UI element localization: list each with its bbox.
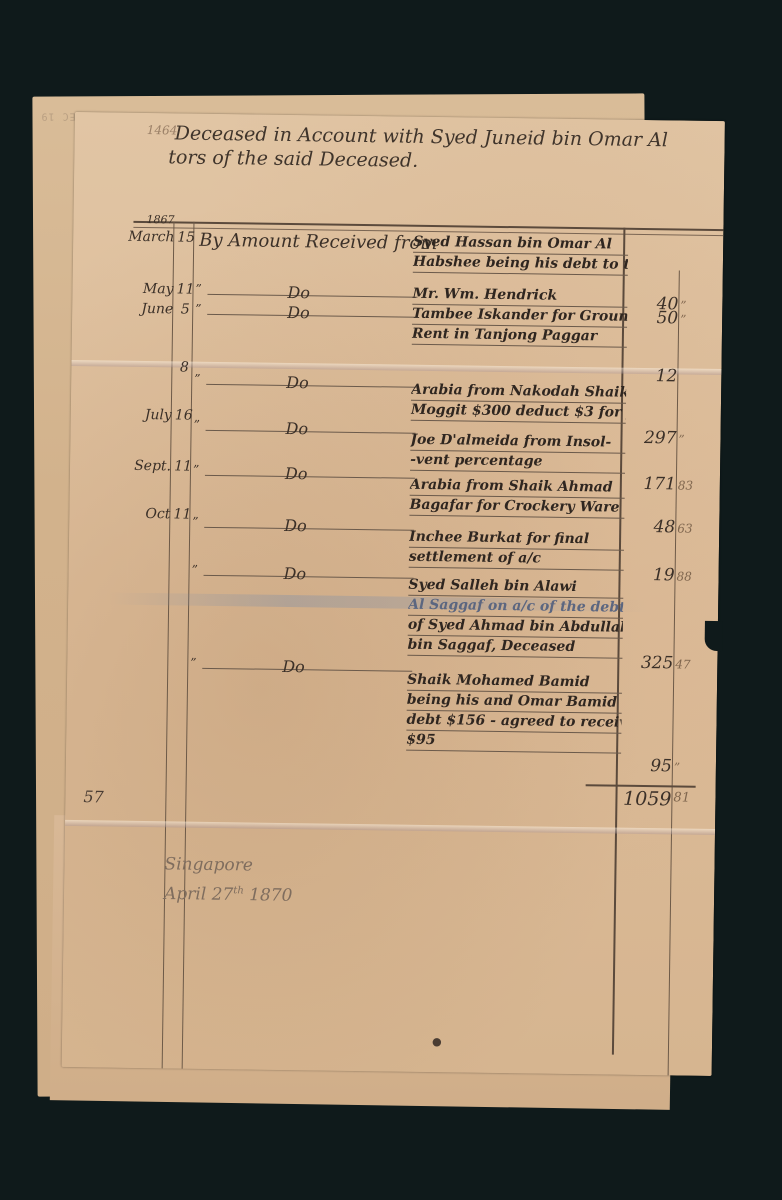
- entry-description: Shaik Mohamed Bamid being his and Omar B…: [406, 671, 622, 754]
- amount-dollars: 12: [619, 366, 677, 387]
- leader-line: [204, 527, 414, 531]
- amount-cents: 83: [678, 478, 708, 492]
- column-divider-day: [182, 222, 195, 1069]
- amount-cents: 88: [676, 569, 706, 583]
- ditto-mark: ”: [195, 282, 201, 296]
- ditto-word: Do: [284, 516, 307, 535]
- ledger-page: 1464 Deceased in Account with Syed Junei…: [62, 112, 725, 1076]
- entry-day: 8: [175, 359, 193, 375]
- ditto-mark: ”: [193, 463, 199, 477]
- entry-day: 15: [177, 229, 195, 245]
- entry-description: Syed Salleh bin Alawi Al Saggaf on a/c o…: [407, 576, 623, 659]
- ditto-word: Do: [283, 564, 306, 583]
- amount-cents: 63: [677, 521, 707, 535]
- ditto-word: Do: [287, 283, 310, 302]
- ditto-word: Do: [285, 419, 308, 438]
- date-line: April 27th 1870: [164, 877, 293, 908]
- leader-line: [205, 475, 415, 479]
- place-and-date: Singapore April 27th 1870: [164, 851, 293, 908]
- entry-day: 11: [173, 506, 191, 522]
- ditto-mark: ”: [192, 563, 198, 577]
- entry-day: 11: [176, 281, 194, 297]
- amount-dollars: 50: [620, 308, 678, 329]
- ditto-word: Do: [287, 303, 310, 322]
- year-label: 1867: [74, 212, 724, 221]
- ledger-row: May 11 ” Do Mr. Wm. Hendrick 50 ”: [73, 280, 723, 289]
- place-name: Singapore: [164, 851, 293, 879]
- column-divider-month: [162, 221, 175, 1068]
- entry-description: Arabia from Shaik Ahmad Bagafar for Croc…: [409, 476, 625, 519]
- total-cents: 81: [673, 790, 690, 805]
- entry-description: Arabia from Nakodah Shaik Syed Moggit $3…: [411, 381, 627, 424]
- torn-edge: [705, 621, 723, 651]
- amount-dollars: 297: [618, 428, 676, 449]
- entry-month: March: [128, 229, 174, 246]
- ditto-mark: ”: [194, 418, 200, 432]
- ditto-word: Do: [282, 657, 305, 676]
- entry-description: Joe D'almeida from Insol- -vent percenta…: [410, 431, 626, 474]
- leader-line: [206, 430, 416, 434]
- amount-dollars: 19: [616, 565, 674, 586]
- entry-description: Syed Hassan bin Omar Al Habshee being hi…: [413, 233, 629, 276]
- amount-dollars: 48: [617, 517, 675, 538]
- ink-blot: ●: [432, 1035, 442, 1048]
- entry-month: Sept.: [125, 458, 171, 475]
- entry-description: Inchee Burkat for final settlement of a/…: [409, 528, 625, 571]
- entry-lead: By Amount Received from: [199, 230, 437, 254]
- amount-cents: 47: [675, 657, 705, 671]
- entry-description: Tambee Iskander for Ground Rent in Tanjo…: [412, 305, 628, 348]
- folio-note: 1464: [147, 123, 178, 137]
- amount-cents: ”: [674, 760, 704, 774]
- fold-crease-lower: [65, 820, 715, 835]
- entry-day: 11: [174, 458, 192, 474]
- entry-day: 16: [175, 407, 193, 423]
- amount-dollars: 95: [614, 756, 672, 777]
- ditto-mark: ”: [192, 515, 198, 529]
- ditto-mark: ”: [190, 656, 196, 670]
- total-dollars: 1059: [595, 787, 671, 810]
- ditto-word: Do: [285, 464, 308, 483]
- ditto-mark: ”: [194, 372, 200, 386]
- leader-line: [202, 668, 412, 672]
- amount-dollars: 325: [615, 653, 673, 674]
- entry-month: Oct: [124, 506, 170, 523]
- amount-cents: ”: [678, 432, 708, 446]
- leader-line: [206, 384, 416, 388]
- entry-day: 5: [176, 301, 194, 317]
- leader-line: [207, 294, 417, 298]
- entry-month: July: [126, 407, 172, 424]
- amount-dollars: 171: [618, 474, 676, 495]
- leader-line: [204, 575, 414, 579]
- margin-mark: 57: [83, 787, 104, 806]
- ditto-word: Do: [286, 373, 309, 392]
- amount-cents: ”: [680, 298, 710, 312]
- entry-month: June: [127, 301, 173, 318]
- entry-month: [127, 359, 173, 360]
- page-heading: Deceased in Account with Syed Juneid bin…: [174, 121, 695, 176]
- ditto-mark: ”: [195, 302, 201, 316]
- leader-line: [207, 314, 417, 318]
- entry-month: May: [127, 281, 173, 298]
- amount-cents: ”: [680, 312, 710, 326]
